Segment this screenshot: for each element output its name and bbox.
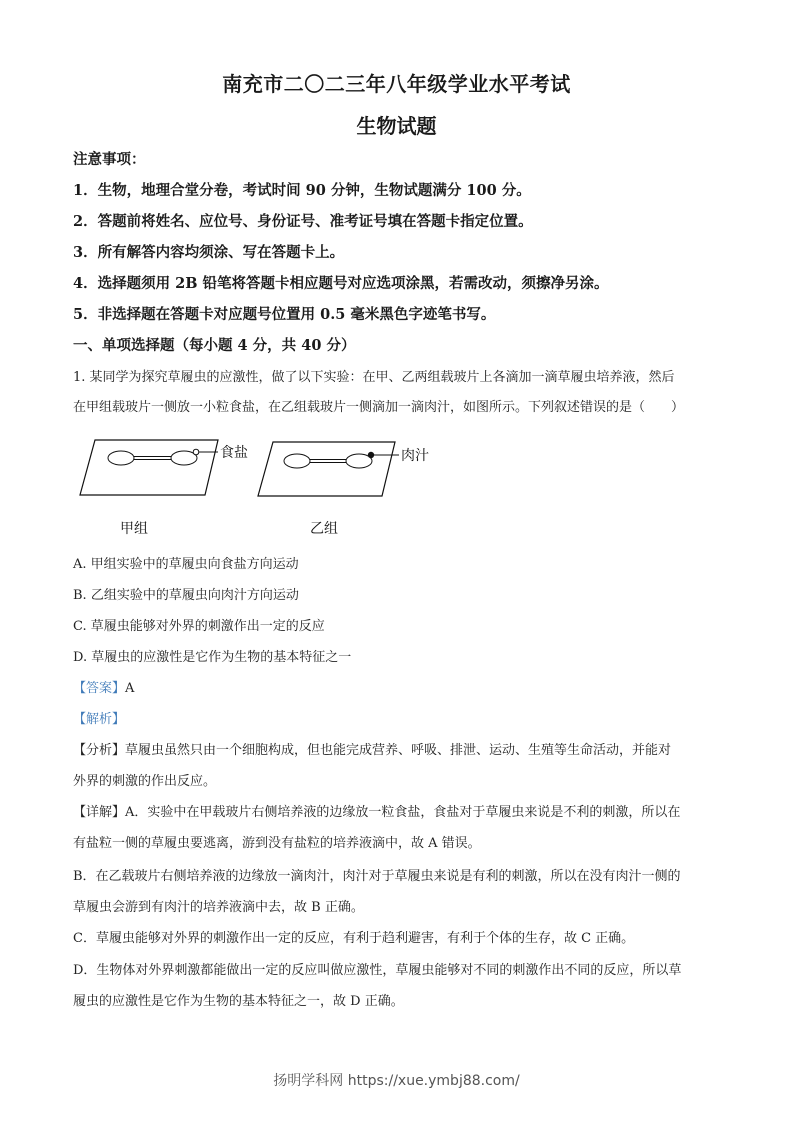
page-subtitle: 生物试题 — [0, 110, 793, 139]
xiangjie-tag: 【详解】 — [73, 805, 125, 820]
xiangjie-line: 【详解】A．实验中在甲载玻片右侧培养液的边缘放一粒食盐，食盐对于草履虫来说是不利… — [73, 803, 680, 823]
analysis-tag: 【解析】 — [73, 710, 125, 730]
salt-label: 食盐 — [220, 444, 248, 461]
group-b-label: 乙组 — [310, 521, 338, 537]
notice-heading: 注意事项： — [73, 150, 146, 170]
meat-juice-drop-icon — [368, 452, 374, 458]
xiangjie-d: D．生物体对外界刺激都能做出一定的反应叫做应激性，草履虫能够对不同的刺激作出不同… — [73, 961, 681, 981]
answer-value: A — [125, 681, 134, 696]
slide-b — [258, 442, 395, 496]
fenxi-text: 草履虫虽然只由一个细胞构成，但也能完成营养、呼吸、排泄、运动、生殖等生命活动，并… — [125, 743, 671, 758]
footer-watermark: 扬明学科网 https://xue.ymbj88.com/ — [0, 1070, 793, 1090]
question-stem: 在甲组载玻片一侧放一小粒食盐，在乙组载玻片一侧滴加一滴肉汁，如图所示。下列叙述错… — [73, 398, 684, 418]
slide-a — [80, 440, 218, 495]
fenxi-tag: 【分析】 — [73, 743, 125, 758]
page-title: 南充市二〇二三年八年级学业水平考试 — [0, 68, 793, 97]
fenxi-text: 外界的刺激的作出反应。 — [73, 772, 216, 792]
group-a-label: 甲组 — [120, 521, 148, 537]
section-heading: 一、单项选择题（每小题 4 分，共 40 分） — [73, 336, 355, 356]
fenxi-line: 【分析】草履虫虽然只由一个细胞构成，但也能完成营养、呼吸、排泄、运动、生殖等生命… — [73, 741, 671, 761]
option-d: D. 草履虫的应激性是它作为生物的基本特征之一 — [73, 648, 351, 668]
xiangjie-b: 草履虫会游到有肉汁的培养液滴中去，故 B 正确。 — [73, 898, 364, 918]
option-b: B. 乙组实验中的草履虫向肉汁方向运动 — [73, 586, 299, 606]
notice-item: 1．生物，地理合堂分卷，考试时间 90 分钟，生物试题满分 100 分。 — [73, 181, 531, 201]
answer-tag: 【答案】 — [73, 681, 125, 696]
xiangjie-d: 履虫的应激性是它作为生物的基本特征之一，故 D 正确。 — [73, 992, 404, 1012]
notice-item: 3．所有解答内容均须涂、写在答题卡上。 — [73, 243, 344, 263]
notice-item: 5．非选择题在答题卡对应题号位置用 0.5 毫米黑色字迹笔书写。 — [73, 305, 495, 325]
option-a: A. 甲组实验中的草履虫向食盐方向运动 — [73, 555, 299, 575]
option-c: C. 草履虫能够对外界的刺激作出一定的反应 — [73, 617, 325, 637]
salt-grain-icon — [193, 449, 199, 455]
xiangjie-text: 有盐粒一侧的草履虫要逃离，游到没有盐粒的培养液滴中，故 A 错误。 — [73, 834, 481, 854]
question-stem: 1. 某同学为探究草履虫的应激性，做了以下实验：在甲、乙两组载玻片上各滴加一滴草… — [73, 368, 675, 388]
notice-item: 4．选择题须用 2B 铅笔将答题卡相应题号对应选项涂黑，若需改动，须擦净另涂。 — [73, 274, 609, 294]
experiment-figure: 食盐 肉汁 甲组 乙组 — [75, 428, 445, 543]
xiangjie-b: B．在乙载玻片右侧培养液的边缘放一滴肉汁，肉汁对于草履虫来说是有利的刺激，所以在… — [73, 867, 681, 887]
xiangjie-text: A．实验中在甲载玻片右侧培养液的边缘放一粒食盐，食盐对于草履虫来说是不利的刺激，… — [125, 805, 680, 820]
answer-line: 【答案】A — [73, 679, 134, 699]
xiangjie-c: C．草履虫能够对外界的刺激作出一定的反应，有利于趋利避害，有利于个体的生存，故 … — [73, 929, 634, 949]
notice-item: 2．答题前将姓名、应位号、身份证号、准考证号填在答题卡指定位置。 — [73, 212, 533, 232]
juice-label: 肉汁 — [401, 448, 429, 464]
